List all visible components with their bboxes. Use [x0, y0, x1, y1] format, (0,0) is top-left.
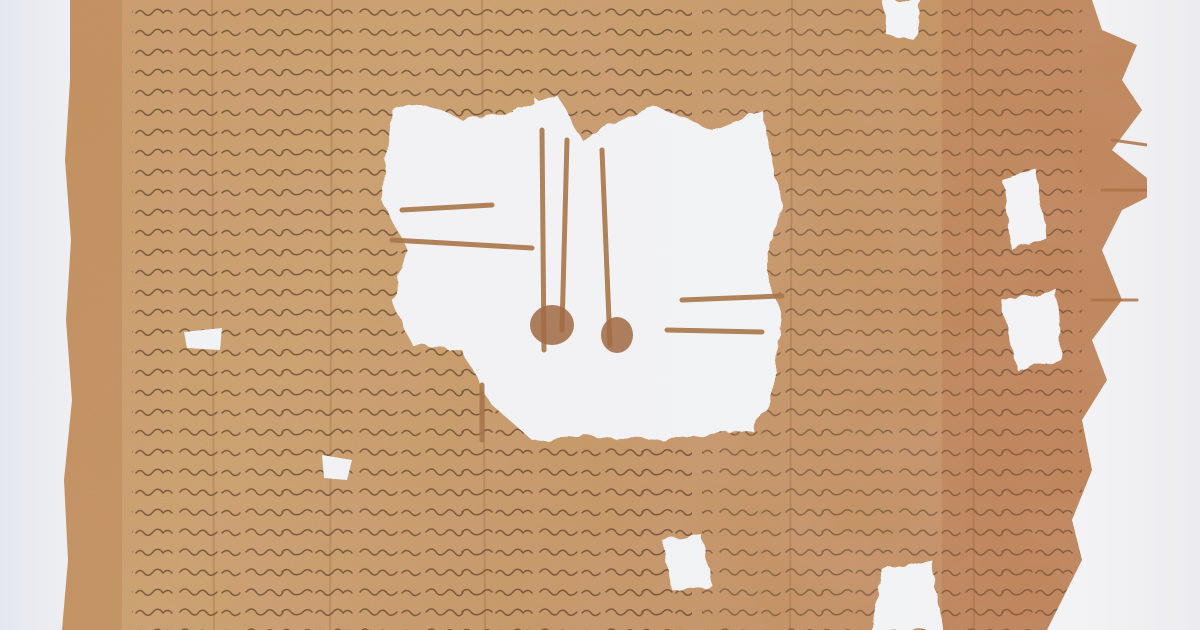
- papyrus-illustration: [62, 0, 1147, 630]
- papyrus-fragment: [62, 0, 1147, 630]
